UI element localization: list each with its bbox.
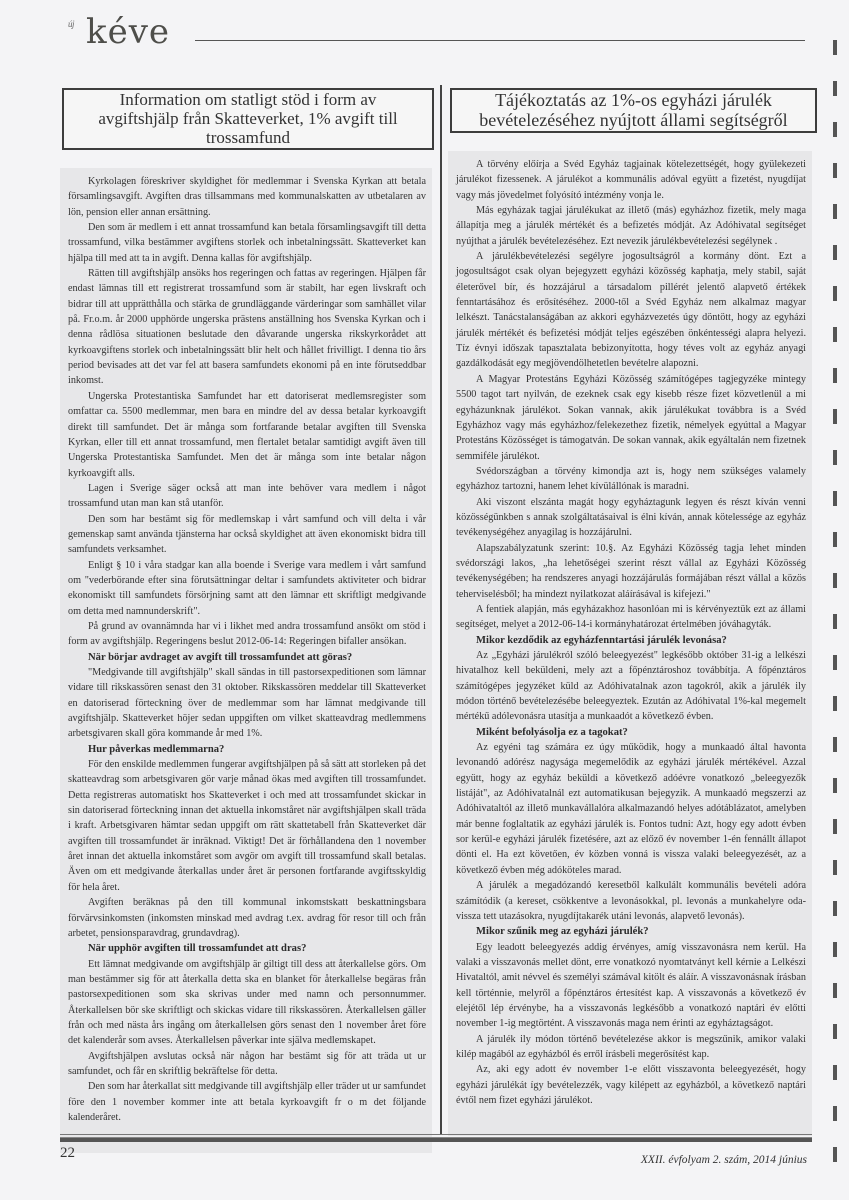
edge-mark: [833, 532, 837, 547]
edge-mark: [833, 737, 837, 752]
paragraph: Avgiftshjälpen avslutas också när någon …: [68, 1049, 426, 1080]
paragraph: Den som har återkallat sitt medgivande t…: [68, 1079, 426, 1125]
section-heading: När börjar avdraget av avgift till tross…: [68, 650, 426, 665]
edge-mark: [833, 614, 837, 629]
paragraph: A törvény előírja a Svéd Egyház tagjaina…: [456, 157, 806, 203]
paragraph: Lagen i Sverige säger också att man inte…: [68, 481, 426, 512]
paragraph: Ett lämnat medgivande om avgiftshjälp är…: [68, 957, 426, 1049]
edge-mark: [833, 1106, 837, 1121]
edge-mark: [833, 450, 837, 465]
article-hungarian: Tájékoztatás az 1%-os egyházi járulék be…: [448, 88, 812, 1136]
binding-edge-marks: [833, 0, 841, 1200]
section-heading: Mikor kezdődik az egyházfenntartási járu…: [456, 633, 806, 648]
paragraph: Az, aki egy adott év november 1-e előtt …: [456, 1062, 806, 1108]
section-heading: Mikor szűnik meg az egyházi járulék?: [456, 924, 806, 939]
edge-mark: [833, 163, 837, 178]
paragraph: Kyrkolagen föreskriver skyldighet för me…: [68, 174, 426, 220]
section-heading: Miként befolyásolja ez a tagokat?: [456, 725, 806, 740]
edge-mark: [833, 81, 837, 96]
title-line-2: avgiftshjälp från Skatteverket, 1% avgif…: [68, 109, 428, 147]
paragraph: På grund av ovannämnda har vi i likhet m…: [68, 619, 426, 650]
edge-mark: [833, 1024, 837, 1039]
edge-mark: [833, 819, 837, 834]
paragraph: A járulék ily módon történő bevételezése…: [456, 1032, 806, 1063]
edge-mark: [833, 860, 837, 875]
paragraph: Egy leadott beleegyezés addig érvényes, …: [456, 940, 806, 1032]
footer-rule-thin: [60, 1134, 812, 1135]
masthead: új kéve: [60, 10, 805, 50]
edge-mark: [833, 286, 837, 301]
edge-mark: [833, 122, 837, 137]
paragraph: A Magyar Protestáns Egyházi Közösség szá…: [456, 372, 806, 464]
paragraph: Enligt § 10 i våra stadgar kan alla boen…: [68, 558, 426, 619]
edge-mark: [833, 655, 837, 670]
edge-mark: [833, 778, 837, 793]
paragraph: För den enskilde medlemmen fungerar avgi…: [68, 757, 426, 895]
paragraph: Avgiften beräknas på den till kommunal i…: [68, 895, 426, 941]
edge-mark: [833, 204, 837, 219]
paragraph: Az „Egyházi járulékról szóló beleegyezés…: [456, 648, 806, 725]
edge-mark: [833, 368, 837, 383]
edge-mark: [833, 983, 837, 998]
paragraph: Alapszabályzatunk szerint: 10.§. Az Egyh…: [456, 541, 806, 602]
section-heading: När upphör avgiften till trossamfundet a…: [68, 941, 426, 956]
edge-mark: [833, 942, 837, 957]
paragraph: Den som är medlem i ett annat trossamfun…: [68, 220, 426, 266]
title-line-1: Tájékoztatás az 1%-os egyházi járulék: [456, 90, 811, 110]
paragraph: Rätten till avgiftshjälp ansöks hos rege…: [68, 266, 426, 389]
article-title-swedish: Information om statligt stöd i form av a…: [62, 88, 434, 150]
section-heading: Hur påverkas medlemmarna?: [68, 742, 426, 757]
paragraph: A járulék a megadózandó keresetből kalku…: [456, 878, 806, 924]
column-divider: [440, 85, 442, 1135]
edge-mark: [833, 327, 837, 342]
title-line-1: Information om statligt stöd i form av: [68, 90, 428, 109]
article-title-hungarian: Tájékoztatás az 1%-os egyházi járulék be…: [450, 88, 817, 133]
paragraph: Ungerska Protestantiska Samfundet har et…: [68, 389, 426, 481]
edge-mark: [833, 573, 837, 588]
edge-mark: [833, 40, 837, 55]
masthead-rule: [195, 40, 805, 41]
paragraph: Az egyéni tag számára ez úgy működik, ho…: [456, 740, 806, 878]
edge-mark: [833, 245, 837, 260]
masthead-prefix: új: [68, 19, 74, 29]
paragraph: Den som har bestämt sig för medlemskap i…: [68, 512, 426, 558]
edge-mark: [833, 491, 837, 506]
issue-info: XXII. évfolyam 2. szám, 2014 június: [641, 1154, 807, 1166]
article-swedish: Information om statligt stöd i form av a…: [60, 88, 432, 1153]
page-number: 22: [60, 1145, 75, 1162]
edge-mark: [833, 1147, 837, 1162]
paragraph: Aki viszont elszánta magát hogy egyházta…: [456, 495, 806, 541]
edge-mark: [833, 696, 837, 711]
title-line-2: bevételezéséhez nyújtott állami segítség…: [456, 110, 811, 130]
edge-mark: [833, 1065, 837, 1080]
edge-mark: [833, 409, 837, 424]
masthead-title: kéve: [86, 14, 170, 50]
edge-mark: [833, 901, 837, 916]
paragraph: "Medgivande till avgiftshjälp" skall sän…: [68, 665, 426, 742]
paragraph: A járulékbevételezési segélyre jogosults…: [456, 249, 806, 372]
paragraph: Más egyházak tagjai járulékukat az illet…: [456, 203, 806, 249]
paragraph: Svédországban a törvény kimondja azt is,…: [456, 464, 806, 495]
article-body-swedish: Kyrkolagen föreskriver skyldighet för me…: [60, 168, 432, 1153]
footer-rule: [60, 1137, 812, 1142]
paragraph: A fentiek alapján, más egyházakhoz hason…: [456, 602, 806, 633]
article-body-hungarian: A törvény előírja a Svéd Egyház tagjaina…: [448, 151, 812, 1136]
